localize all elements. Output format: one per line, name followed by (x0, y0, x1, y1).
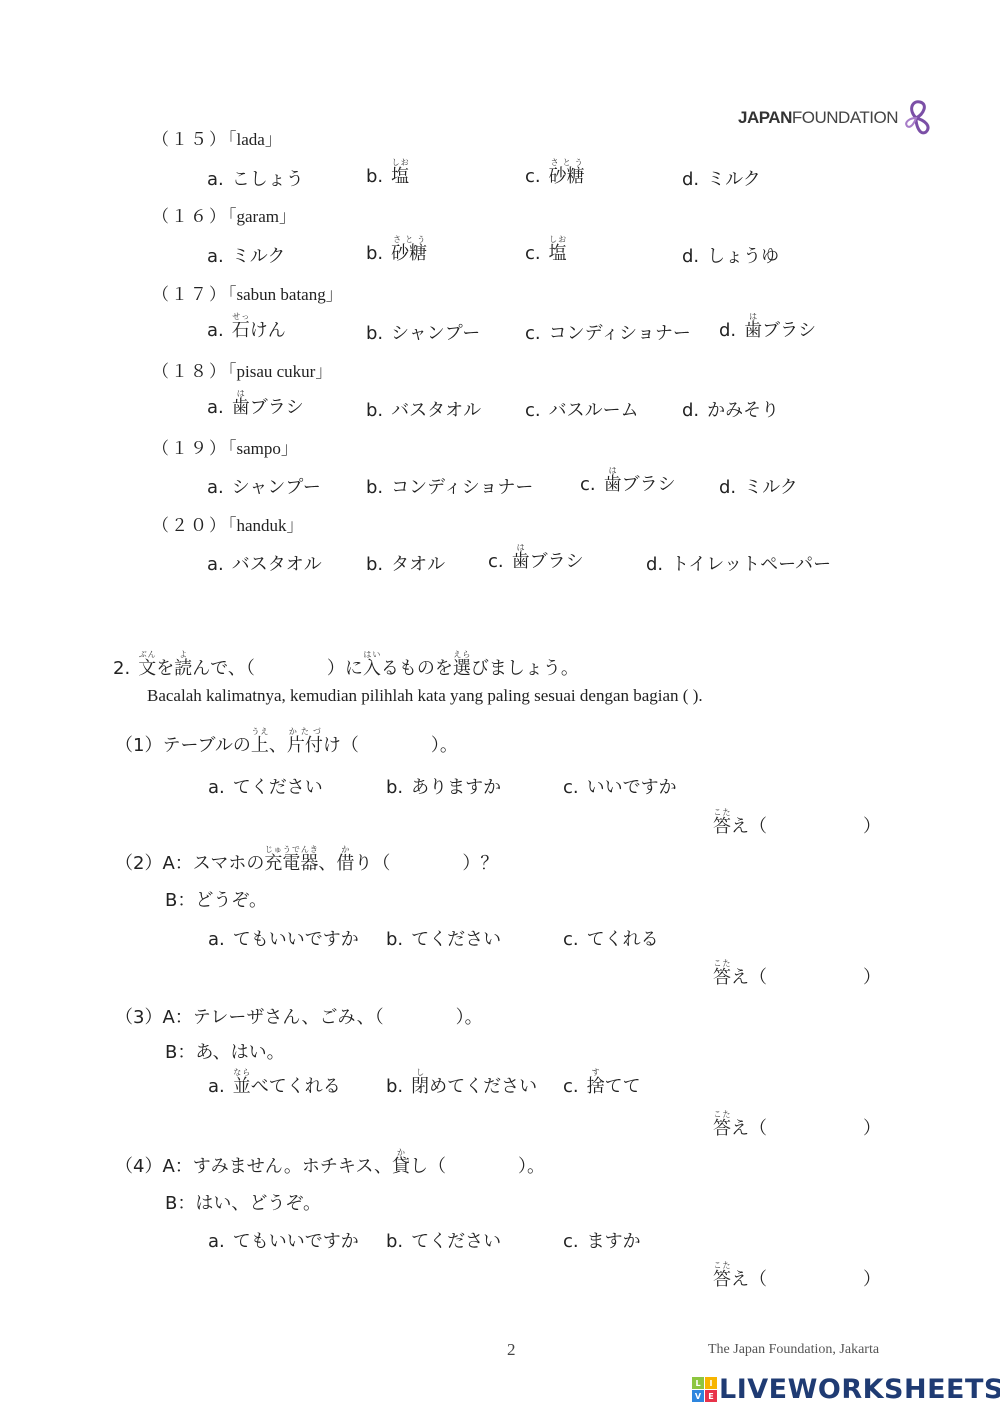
question-16-header: （１６）「garam」 (152, 202, 296, 227)
option-18-b[interactable]: b.バスタオル (366, 396, 481, 422)
s2-option-3-c[interactable]: c.捨すてて (563, 1068, 641, 1098)
section-2-instruction: Bacalah kalimatnya, kemudian pilihlah ka… (147, 686, 703, 706)
question-word: 「handuk」 (228, 516, 304, 535)
option-16-b[interactable]: b.砂糖さとう (366, 235, 427, 265)
option-17-b[interactable]: b.シャンプー (366, 319, 480, 345)
question-number: （２０） (152, 516, 228, 536)
answer-field-3[interactable]: 答こたえ（） (713, 1110, 881, 1140)
question-word: 「pisau cukur」 (228, 362, 332, 381)
s2-question-3: （3）A：テレーザさん、ごみ、（ ）。 (115, 1003, 483, 1029)
option-19-c[interactable]: c.歯はブラシ (580, 466, 676, 496)
question-number: （１７） (152, 285, 228, 305)
s2-question-3-line-b: B：あ、はい。 (165, 1038, 285, 1064)
question-number: （１５） (152, 130, 228, 150)
s2-question-2: （2）A：スマホの充電器じゅうでんき、借かり（ ）？ (115, 845, 498, 875)
option-18-d[interactable]: d.かみそり (682, 396, 779, 422)
liveworksheets-brand: LIVEWORKSHEETS (719, 1374, 1000, 1405)
s2-option-2-c[interactable]: c.てくれる (563, 925, 659, 951)
s2-option-4-a[interactable]: a.てもいいですか (208, 1227, 359, 1253)
option-19-a[interactable]: a.シャンプー (207, 473, 321, 499)
s2-option-4-b[interactable]: b.てください (386, 1227, 501, 1253)
option-20-a[interactable]: a.バスタオル (207, 550, 322, 576)
question-number: （１６） (152, 207, 228, 227)
s2-option-3-b[interactable]: b.閉しめてください (386, 1068, 537, 1098)
live-grid-icon: L I V E (692, 1377, 717, 1402)
option-20-b[interactable]: b.タオル (366, 550, 445, 576)
question-word: 「sampo」 (228, 439, 298, 458)
option-18-c[interactable]: c.バスルーム (525, 396, 639, 422)
question-19-header: （１９）「sampo」 (152, 434, 298, 459)
butterfly-icon (902, 100, 934, 136)
question-word: 「garam」 (228, 207, 296, 226)
option-17-a[interactable]: a.石せっけん (207, 312, 286, 342)
option-16-d[interactable]: d.しょうゆ (682, 242, 779, 268)
option-20-c[interactable]: c.歯はブラシ (488, 543, 584, 573)
page-number: 2 (507, 1340, 516, 1360)
question-18-header: （１８）「pisau cukur」 (152, 357, 332, 382)
option-18-a[interactable]: a.歯はブラシ (207, 389, 304, 419)
question-word: 「sabun batang」 (228, 285, 343, 304)
question-number: （１８） (152, 362, 228, 382)
s2-question-4: （4）A：すみません。ホチキス、貸かし（ ）。 (115, 1148, 545, 1178)
question-number: （１９） (152, 439, 228, 459)
s2-option-1-c[interactable]: c.いいですか (563, 773, 677, 799)
footer-credit: The Japan Foundation, Jakarta (708, 1342, 879, 1358)
option-15-b[interactable]: b.塩しお (366, 158, 409, 188)
option-17-d[interactable]: d.歯はブラシ (719, 312, 816, 342)
question-word: 「lada」 (228, 130, 282, 149)
option-20-d[interactable]: d.トイレットペーパー (646, 550, 831, 576)
option-16-c[interactable]: c.塩しお (525, 235, 567, 265)
s2-option-4-c[interactable]: c.ますか (563, 1227, 641, 1253)
liveworksheets-logo: L I V E LIVEWORKSHEETS (692, 1374, 1000, 1405)
s2-question-4-line-b: B：はい、どうぞ。 (165, 1189, 321, 1215)
option-15-c[interactable]: c.砂糖さとう (525, 158, 585, 188)
answer-field-1[interactable]: 答こたえ（） (713, 808, 881, 838)
s2-option-1-a[interactable]: a.てください (208, 773, 323, 799)
logo-text: JAPANFOUNDATION (738, 108, 898, 128)
option-16-a[interactable]: a.ミルク (207, 242, 285, 268)
answer-field-2[interactable]: 答こたえ（） (713, 959, 881, 989)
section-2-title: 2.文ぶんを読よんで、（ ）に入はいるものを選えらびましょう。 (113, 650, 579, 680)
option-15-a[interactable]: a.こしょう (207, 165, 304, 191)
question-20-header: （２０）「handuk」 (152, 511, 304, 536)
s2-option-2-b[interactable]: b.てください (386, 925, 501, 951)
option-15-d[interactable]: d.ミルク (682, 165, 761, 191)
japan-foundation-logo: JAPANFOUNDATION (738, 100, 934, 136)
option-19-d[interactable]: d.ミルク (719, 473, 798, 499)
s2-question-1: （1）テーブルの上うえ、片付かたづけ（ ）。 (115, 727, 458, 757)
option-17-c[interactable]: c.コンディショナー (525, 319, 691, 345)
s2-option-1-b[interactable]: b.ありますか (386, 773, 501, 799)
answer-field-4[interactable]: 答こたえ（） (713, 1261, 881, 1291)
option-19-b[interactable]: b.コンディショナー (366, 473, 533, 499)
s2-option-3-a[interactable]: a.並ならべてくれる (208, 1068, 341, 1098)
question-15-header: （１５）「lada」 (152, 125, 282, 150)
s2-question-2-line-b: B：どうぞ。 (165, 886, 267, 912)
question-17-header: （１７）「sabun batang」 (152, 280, 343, 305)
s2-option-2-a[interactable]: a.てもいいですか (208, 925, 359, 951)
